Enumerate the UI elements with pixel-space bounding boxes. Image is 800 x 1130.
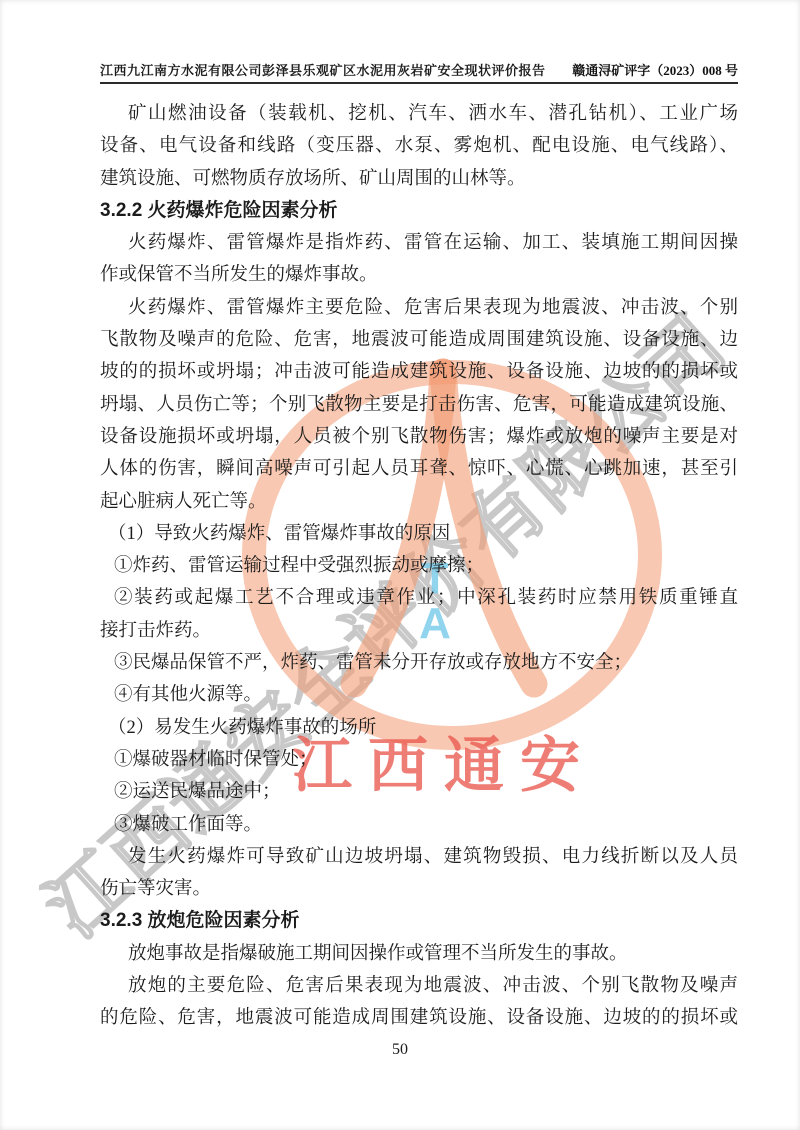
text-line: 发生火药爆炸可导致矿山边坡坍塌、建筑物毁损、电力线折断以及人员 [100,841,738,873]
text-line: 飞散物及噪声的危险、危害，地震波可能造成周围建筑设施、设备设施、边 [100,324,738,356]
text-line: 放炮事故是指爆破施工期间因操作或管理不当所发生的事故。 [100,938,738,970]
text-line: 坍塌、人员伤亡等；个别飞散物主要是打击伤害、危害，可能造成建筑设施、 [100,389,738,421]
text-line: 放炮的主要危险、危害后果表现为地震波、冲击波、个别飞散物及噪声 [100,970,738,1002]
text-line: 建筑设施、可燃物质存放场所、矿山周围的山林等。 [100,163,738,195]
section-heading: 3.2.3 放炮危险因素分析 [100,905,738,937]
text-line: ③民爆品保管不严，炸药、雷管未分开存放或存放地方不安全； [100,647,738,679]
text-line: 的危险、危害，地震波可能造成周围建筑设施、设备设施、边坡的的损坏或 [100,1002,738,1034]
text-line: 人体的伤害，瞬间高噪声可引起人员耳聋、惊吓、心慌、心跳加速，甚至引 [100,453,738,485]
text-line: 接打击炸药。 [100,615,738,647]
page-header: 江西九江南方水泥有限公司彭泽县乐观矿区水泥用灰岩矿安全现状评价报告 赣通浔矿评字… [100,60,738,84]
text-line: ①炸药、雷管运输过程中受强烈振动或摩擦； [100,550,738,582]
text-line: （1）导致火药爆炸、雷管爆炸事故的原因 [100,518,738,550]
text-line: ②运送民爆品途中； [100,776,738,808]
text-line: ②装药或起爆工艺不合理或违章作业；中深孔装药时应禁用铁质重锤直 [100,582,738,614]
text-line: ①爆破器材临时保管处； [100,744,738,776]
text-line: 矿山燃油设备（装载机、挖机、汽车、洒水车、潜孔钻机）、工业广场 [100,98,738,130]
text-line: ③爆破工作面等。 [100,809,738,841]
text-line: 坡的的损坏或坍塌；冲击波可能造成建筑设施、设备设施、边坡的的损坏或 [100,356,738,388]
text-line: 设备设施损坏或坍塌，人员被个别飞散物伤害；爆炸或放炮的噪声主要是对 [100,421,738,453]
text-line: 作或保管不当所发生的爆炸事故。 [100,259,738,291]
text-line: 火药爆炸、雷管爆炸主要危险、危害后果表现为地震波、冲击波、个别 [100,292,738,324]
header-document-number: 赣通浔矿评字（2023）008 号 [572,60,738,79]
header-report-title: 江西九江南方水泥有限公司彭泽县乐观矿区水泥用灰岩矿安全现状评价报告 [100,60,546,79]
text-line: （2）易发生火药爆炸事故的场所 [100,712,738,744]
text-line: 伤亡等灾害。 [100,873,738,905]
section-heading: 3.2.2 火药爆炸危险因素分析 [100,195,738,227]
page-number: 50 [0,1041,800,1059]
text-line: 火药爆炸、雷管爆炸是指炸药、雷管在运输、加工、装填施工期间因操 [100,227,738,259]
text-line: 起心脏病人死亡等。 [100,486,738,518]
document-page: 江西通安全评价有限公司 T A 江西通安 江西九江南方水泥有限公司彭泽县乐观矿区… [0,0,800,1130]
text-line: ④有其他火源等。 [100,679,738,711]
text-line: 设备、电气设备和线路（变压器、水泵、雾炮机、配电设施、电气线路）、 [100,130,738,162]
document-body: 矿山燃油设备（装载机、挖机、汽车、洒水车、潜孔钻机）、工业广场设备、电气设备和线… [100,98,738,1035]
